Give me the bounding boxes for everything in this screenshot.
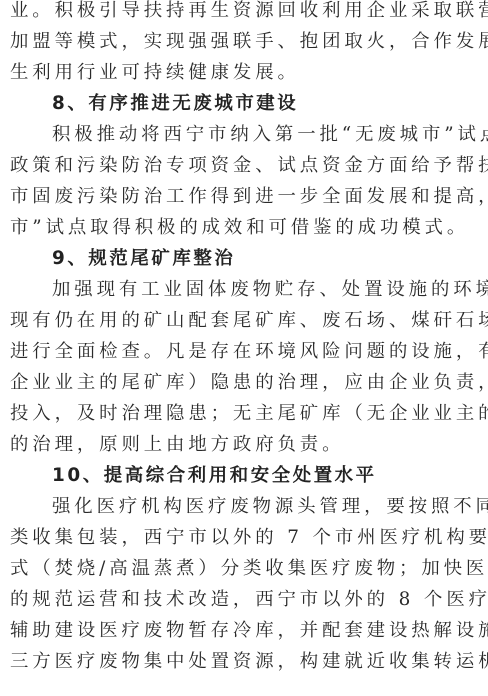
paragraph-line: 企业业主的尾矿库）隐患的治理，应由企业负责，加大治理资金 — [10, 367, 476, 398]
paragraph-line: 加盟等模式，实现强强联手、抱团取火，合作发展，合力推动再 — [10, 26, 476, 57]
paragraph-line: 三方医疗废物集中处置资源，构建就近收集转运机制，至 2022 年， — [10, 646, 476, 677]
paragraph-line: 进行全面检查。凡是存在环境风险问题的设施，有主尾矿库（有 — [10, 336, 476, 367]
paragraph-line: 现有仍在用的矿山配套尾矿库、废石场、煤矸石场和冶炼废渣场 — [10, 305, 476, 336]
paragraph-line: 的治理，原则上由地方政府负责。 — [10, 429, 476, 460]
paragraph-line: 市”试点取得积极的成效和可借鉴的成功模式。 — [10, 212, 476, 243]
paragraph-line: 业。积极引导扶持再生资源回收利用企业采取联营、入股、合作、 — [10, 0, 476, 26]
paragraph-line: 式（焚烧/高温蒸煮）分类收集医疗废物；加快医疗废物处置中心 — [10, 553, 476, 584]
paragraph-line: 市固废污染防治工作得到进一步全面发展和提高，促使“无废城 — [10, 181, 476, 212]
section-heading-10: 10、提高综合利用和安全处置水平 — [10, 460, 476, 491]
paragraph-line: 积极推动将西宁市纳入第一批“无废城市”试点城市，并在 — [10, 119, 476, 150]
paragraph-line: 加强现有工业固体废物贮存、处置设施的环境监管，对各地 — [10, 274, 476, 305]
section-heading-9: 9、规范尾矿库整治 — [10, 243, 476, 274]
section-heading-8: 8、有序推进无废城市建设 — [10, 88, 476, 119]
paragraph-line: 辅助建设医疗废物暂存冷库，并配套建设热解设施；整合现有第 — [10, 615, 476, 646]
paragraph-line: 类收集包装，西宁市以外的 7 个市州医疗机构要根据具体处置方 — [10, 522, 476, 553]
paragraph-line: 生利用行业可持续健康发展。 — [10, 57, 476, 88]
paragraph-line: 政策和污染防治专项资金、试点资金方面给予帮扶支持，促进我 — [10, 150, 476, 181]
paragraph-line: 投入，及时治理隐患；无主尾矿库（无企业业主的尾矿库）隐患 — [10, 398, 476, 429]
paragraph-line: 的规范运营和技术改造，西宁市以外的 8 个医疗废物处置中心要 — [10, 584, 476, 615]
document-page: 业。积极引导扶持再生资源回收利用企业采取联营、入股、合作、 加盟等模式，实现强强… — [10, 0, 476, 677]
paragraph-line: 强化医疗机构医疗废物源头管理，要按照不同种类，进行分 — [10, 491, 476, 522]
